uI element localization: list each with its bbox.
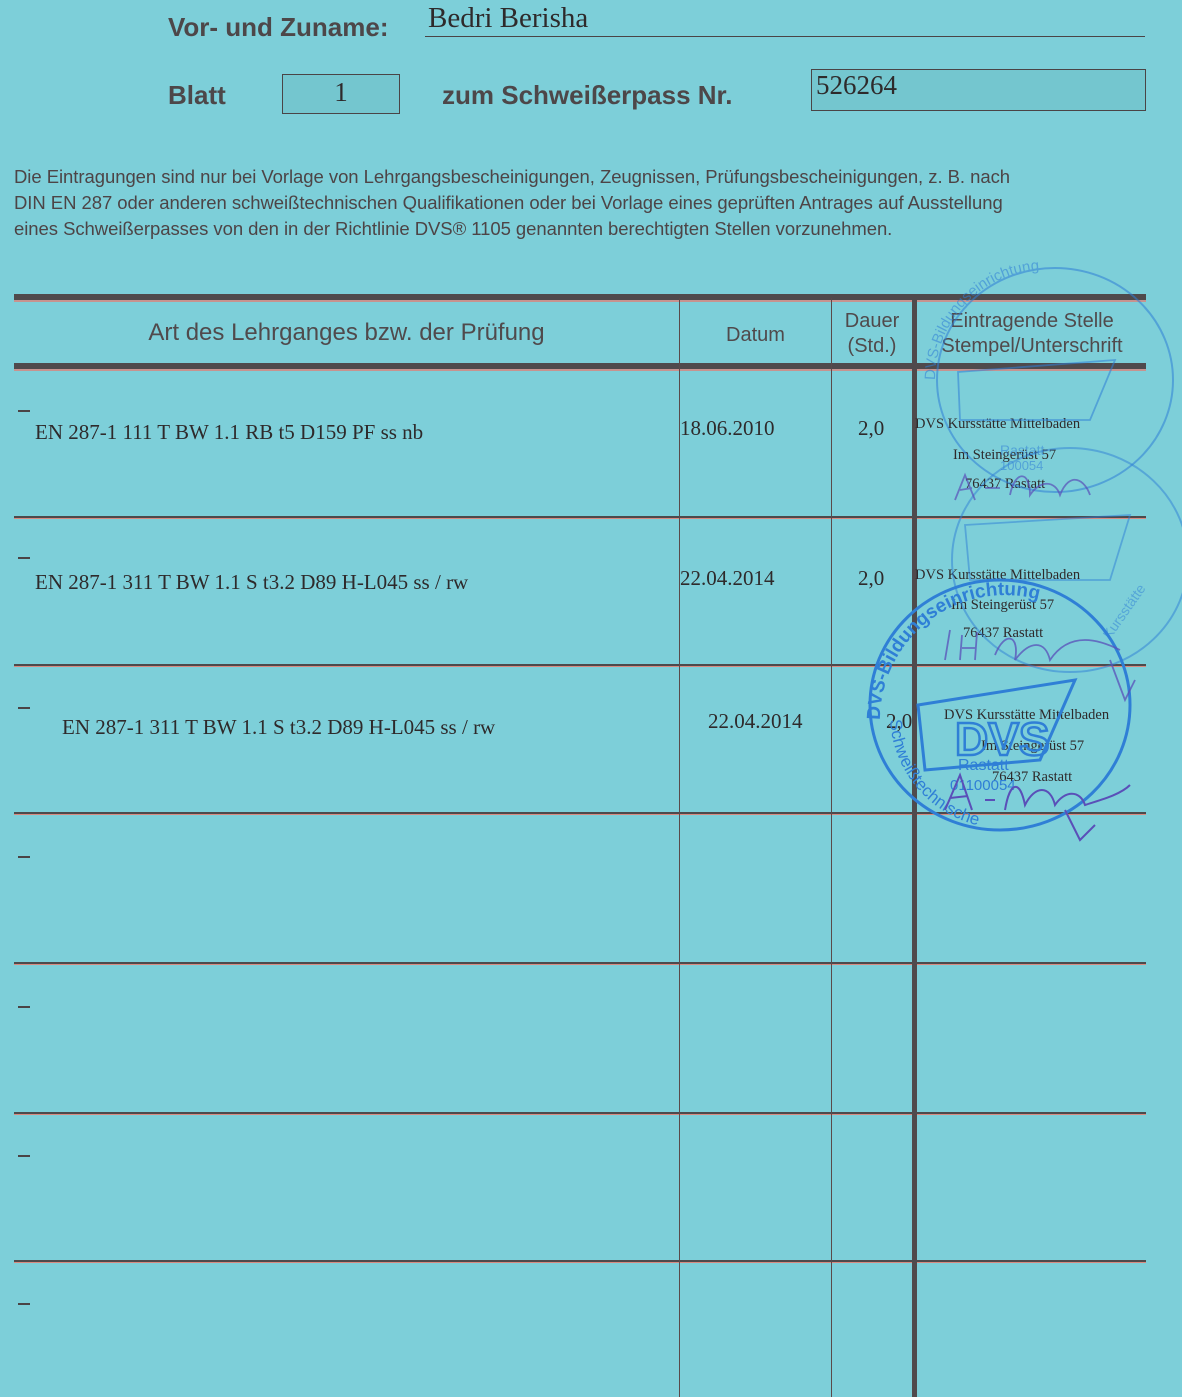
column-divider-stelle	[912, 298, 917, 1397]
name-label: Vor- und Zuname:	[168, 12, 389, 43]
row-2-stelle-line1: DVS Kursstätte Mittelbaden	[915, 567, 1080, 584]
pass-label: zum Schweißerpass Nr.	[442, 80, 732, 111]
row-2-stelle-line2: Im Steingerüst 57	[951, 597, 1054, 614]
column-header-dauer: Dauer (Std.)	[832, 309, 912, 359]
table-header-rule	[14, 363, 1146, 369]
name-value[interactable]: Bedri Berisha	[428, 2, 588, 35]
row-1-dauer: 2,0	[858, 416, 884, 441]
row-2-art: EN 287-1 311 T BW 1.1 S t3.2 D89 H-L045 …	[35, 570, 468, 595]
sheet-label: Blatt	[168, 80, 226, 111]
row-1-art: EN 287-1 111 T BW 1.1 RB t5 D159 PF ss n…	[35, 420, 423, 445]
column-header-art: Art des Lehrganges bzw. der Prüfung	[14, 320, 679, 345]
stamp-3: DVS Rastatt 01100054 DVS-Bildungseinrich…	[864, 579, 1130, 830]
row-3-dauer: 2,0	[886, 709, 912, 734]
column-header-stelle-line1: Eintragende Stelle	[917, 309, 1147, 334]
sheet-number-field[interactable]: 1	[282, 74, 400, 114]
svg-text:Kursstätte: Kursstätte	[1099, 581, 1148, 642]
column-header-datum: Datum	[680, 323, 831, 348]
row-divider	[14, 664, 1146, 666]
pass-number-value: 526264	[816, 70, 897, 100]
row-divider	[14, 812, 1146, 814]
row-1-stelle-line1: DVS Kursstätte Mittelbaden	[915, 416, 1080, 433]
column-divider-datum	[679, 298, 680, 1397]
row-2-dauer: 2,0	[858, 566, 884, 591]
intro-paragraph: Die Eintragungen sind nur bei Vorlage vo…	[14, 164, 1010, 242]
row-divider	[14, 962, 1146, 964]
intro-line-2: DIN EN 287 oder anderen schweißtechnisch…	[14, 190, 1010, 216]
row-marker	[18, 1303, 30, 1305]
row-marker	[18, 1155, 30, 1157]
sheet-number-value: 1	[334, 77, 348, 107]
row-marker	[18, 410, 30, 412]
row-2-datum: 22.04.2014	[680, 566, 775, 591]
row-1-stelle-line2: Im Steingerüst 57	[953, 447, 1056, 464]
pass-number-field[interactable]: 526264	[811, 69, 1146, 111]
row-divider	[14, 516, 1146, 518]
row-2-stelle-line3: 76437 Rastatt	[963, 625, 1043, 642]
table-top-rule	[14, 294, 1146, 300]
column-header-stelle: Eintragende Stelle Stempel/Unterschrift	[917, 309, 1147, 359]
column-header-dauer-line1: Dauer	[832, 309, 912, 334]
row-divider	[14, 1112, 1146, 1114]
row-marker	[18, 557, 30, 559]
row-3-art: EN 287-1 311 T BW 1.1 S t3.2 D89 H-L045 …	[62, 715, 495, 740]
row-divider	[14, 1260, 1146, 1262]
row-marker	[18, 1006, 30, 1008]
row-marker	[18, 707, 30, 709]
row-3-stelle-line2: Im Steingerüst 57	[981, 738, 1084, 755]
row-marker	[18, 856, 30, 858]
column-divider-dauer	[831, 298, 832, 1397]
row-1-datum: 18.06.2010	[680, 416, 775, 441]
column-header-stelle-line2: Stempel/Unterschrift	[917, 334, 1147, 359]
row-3-datum: 22.04.2014	[708, 709, 803, 734]
name-underline	[425, 36, 1145, 37]
intro-line-3: eines Schweißerpasses von den in der Ric…	[14, 216, 1010, 242]
column-header-dauer-line2: (Std.)	[832, 334, 912, 359]
row-3-stelle-line3: 76437 Rastatt	[992, 769, 1072, 786]
row-3-stelle-line1: DVS Kursstätte Mittelbaden	[944, 707, 1109, 724]
row-1-stelle-line3: 76437 Rastatt	[965, 476, 1045, 493]
intro-line-1: Die Eintragungen sind nur bei Vorlage vo…	[14, 164, 1010, 190]
